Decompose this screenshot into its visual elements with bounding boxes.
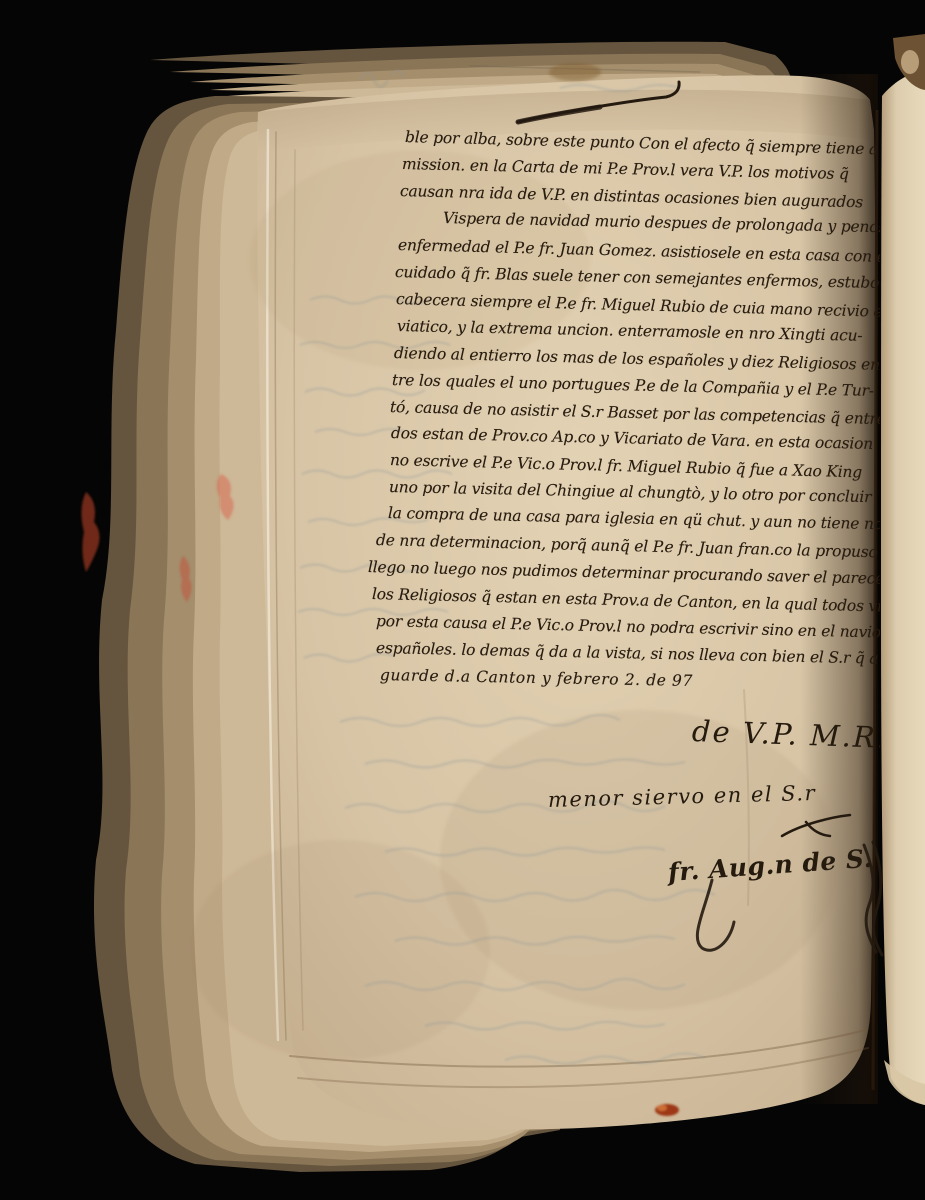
manuscript-photo: ble por alba, sobre este punto Con el af…	[0, 0, 925, 1200]
manuscript-line: tó, causa de no asistir el S.r Basset po…	[390, 398, 880, 428]
closing-valediction: menor siervo en el S.r	[548, 781, 817, 812]
manuscript-line: cabecera siempre el P.e fr. Miguel Rubio…	[396, 290, 880, 321]
manuscript-line: por esta causa el P.e Vic.o Prov.l no po…	[376, 612, 880, 643]
manuscript-line: ble por alba, sobre este punto Con el af…	[405, 128, 880, 159]
manuscript-line: de nra determinacion, porq̃ aunq̃ el P.e…	[376, 531, 880, 562]
manuscript-line: no escrive el P.e Vic.o Prov.l fr. Migue…	[390, 451, 862, 481]
manuscript-line: diendo al entierro los mas de los españo…	[394, 344, 880, 374]
manuscript-text: ble por alba, sobre este punto Con el af…	[0, 0, 880, 1200]
manuscript-line: Vispera de navidad murio despues de prol…	[443, 209, 880, 236]
binding-fragment-highlight	[901, 50, 919, 74]
manuscript-line: cuidado q̃ fr. Blas suele tener con seme…	[395, 263, 880, 293]
manuscript-line: mission. en la Carta de mi P.e Prov.l ve…	[402, 155, 849, 183]
manuscript-line: la compra de una casa para iglesia en qü…	[388, 504, 880, 534]
manuscript-line: españoles. lo demas q̃ da a la vista, si…	[376, 639, 880, 668]
manuscript-line: viatico, y la extrema uncion. enterramos…	[397, 317, 863, 345]
manuscript-line: los Religiosos q̃ estan en esta Prov.a d…	[372, 585, 880, 617]
manuscript-line: enfermedad el P.e fr. Juan Gomez. asisti…	[398, 236, 880, 266]
manuscript-line: guarde d.a Canton y febrero 2. de 97	[380, 666, 693, 690]
manuscript-line: uno por la visita del Chingiue al chungt…	[389, 478, 872, 506]
manuscript-line: dos estan de Prov.co Ap.co y Vicariato d…	[391, 424, 874, 453]
signature: fr. Aug.n de S. Pasqual	[667, 835, 880, 887]
manuscript-line: causan nra ida de V.P. en distintas ocas…	[400, 182, 863, 211]
manuscript-line: tre los quales el uno portugues P.e de l…	[392, 371, 874, 400]
closing-salutation: de V.P. M.R.	[691, 714, 880, 755]
right-page	[881, 70, 925, 1105]
manuscript-line: llego no luego nos pudimos determinar pr…	[368, 558, 880, 589]
